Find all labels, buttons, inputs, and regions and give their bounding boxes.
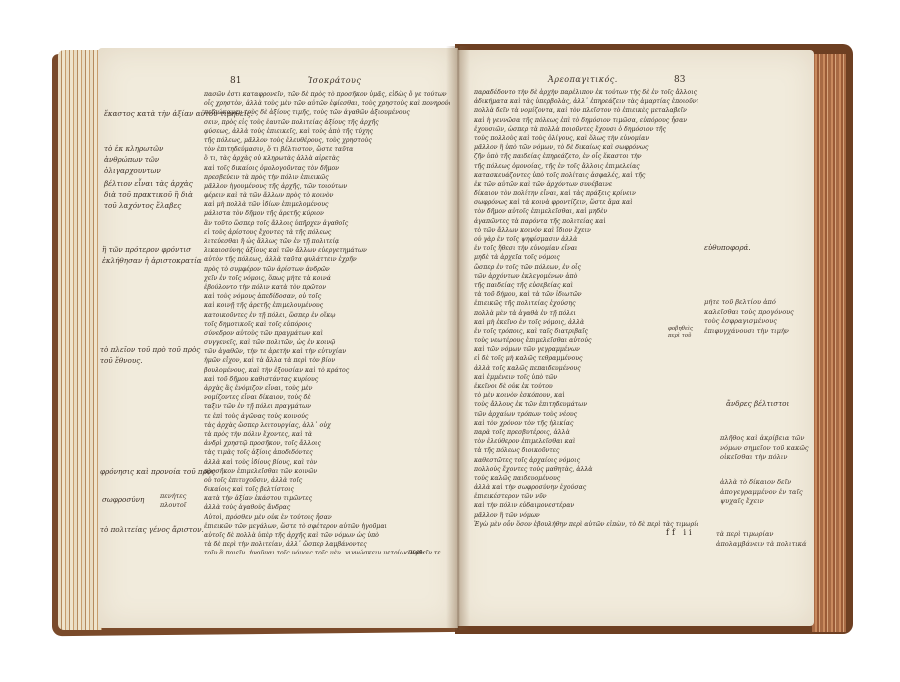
text-line: καὶ τὴν πόλιν εὐδαιμονεστέραν: [474, 501, 698, 510]
text-line: καθεστῶτες τοῖς ἀρχαίοις νόμοις: [474, 456, 698, 465]
book-gutter: [446, 46, 470, 630]
right-folio-number: 83: [674, 75, 685, 85]
text-line: καὶ τοῖς δικαίοις ὁμολογοῦντας τὸν δῆμον: [204, 164, 450, 173]
text-line: ἀλλὰ καὶ τοὺς ἰδίους βίους, καὶ τὸν: [204, 458, 450, 467]
text-line: τὸ τῶν ἄλλων κοινὸν καὶ ἴδιον ἔχειν: [474, 226, 698, 235]
text-line: πρεσβεύειν τὰ πρὸς τὴν πόλιν ἐπιεικῶς: [204, 173, 450, 182]
text-line: τὰς ἀρχὰς ὥσπερ λειτουργίας, ἀλλ᾽ οὐχ: [204, 421, 450, 430]
text-line: ἐπιεικῶς τῆς πολιτείας ἐχούσης: [474, 299, 698, 308]
text-line: τοῖς δημοτικοῖς καὶ τοῖς εὐπόροις: [204, 320, 450, 329]
text-line: ἀνδρὶ χρηστῷ προσῆκον, τοῖς ἄλλοις: [204, 439, 450, 448]
marginal-note: εὐθυποφορά.: [704, 242, 751, 253]
text-line: σύνεδρον αὐτοὺς τῶν πραγμάτων καὶ: [204, 329, 450, 338]
left-page: 81 Ἰσοκράτους πασῶν ἐστι καταφρονεῖν, τῶ…: [98, 48, 458, 628]
text-line: παρὰ τοῖς πρεσβυτέροις, ἀλλὰ: [474, 428, 698, 437]
marginal-note: ἀλλὰ τὸ δίκαιον δεῖν ἀπογεγραμμένον ἐν τ…: [720, 478, 810, 507]
text-line: τοὺς καλῶς παιδευομένους: [474, 474, 698, 483]
text-line: κατοικοῦντες ἐν τῇ πόλει, ὥσπερ ἐν οἴκῳ: [204, 311, 450, 320]
text-line: οἷς χρηστὸν, ἀλλὰ τοὺς μὲν τῶν αὐτῶν ἐφί…: [204, 99, 450, 108]
left-text-block: πασῶν ἐστι καταφρονεῖν, τῶν δὲ πρὸς τὸ π…: [204, 90, 450, 554]
text-line: συγγενεῖς, καὶ τῶν πολιτῶν, ὡς ἐν κοινῷ: [204, 338, 450, 347]
left-running-head: Ἰσοκράτους: [308, 76, 361, 85]
text-line: ἐκ τῶν αὐτῶν καὶ τῶν ἀρχόντων συνέβαινε: [474, 180, 698, 189]
text-line: ἐκεῖνοι δὲ οὐκ ἐκ τούτου: [474, 382, 698, 391]
text-line: τὸν ἐπιτηδεύμασιν, ὅ τι βέλτιστον, ὥστε …: [204, 145, 450, 154]
text-line: προσῆκον ἐπιμελεῖσθαι τῶν κοινῶν: [204, 467, 450, 476]
text-line: σωφρόνως καὶ τὰ κοινὰ φροντίζειν, ὥστε ἅ…: [474, 198, 698, 207]
text-line: καὶ τὸν χρόνον τὸν τῆς ἡλικίας: [474, 419, 698, 428]
text-line: ταξιν τῶν ἐν τῇ πόλει πραγμάτων: [204, 402, 450, 411]
text-line: τε ἐπὶ τοὺς ἀγῶνας τοὺς κοινούς: [204, 412, 450, 421]
text-line: ἐπιεικῶν τῶν μεγάλων, ὥστε τὸ σφέτερον α…: [204, 522, 450, 531]
right-text-block: παραδέδοντο τὴν δὲ ἀρχὴν παρέλιπον ἐκ το…: [474, 88, 698, 534]
text-line: ἀγαπῶντες τὰ παρόντα τῆς πολιτείας καὶ: [474, 217, 698, 226]
text-line: μηδὲ τὰ ἀρχεῖα τοῖς νόμοις: [474, 253, 698, 262]
text-line: ἀλλὰ τοῖς καλῶς πεπαιδευμένους: [474, 364, 698, 373]
text-line: τῆς παιδείας τῆς εὐσεβείας καὶ: [474, 281, 698, 290]
text-line: κατασκευάζοντες ὑπὸ τοῖς πολίταις ἀσφαλέ…: [474, 171, 698, 180]
text-line: καὶ ἐμμένειν τοῖς ὑπὸ τῶν: [474, 373, 698, 382]
marginal-note: τὰ περὶ τιμωρίαν ἀπολαμβάνειν τὰ πολιτικ…: [716, 530, 812, 549]
text-line: εἰ δὲ τοῖς μὴ καλῶς τεθραμμένους: [474, 354, 698, 363]
left-folio-number: 81: [230, 76, 241, 86]
text-line: κατὰ τὴν ἀξίαν ἑκάστου τιμῶντες: [204, 494, 450, 503]
text-line: τῶν ἀγαθῶν, τὴν τε ἀρετὴν καὶ τὴν εὐτυχί…: [204, 347, 450, 356]
text-line: οὐ τοῖς ἐπιτυχοῦσιν, ἀλλὰ τοῖς: [204, 476, 450, 485]
text-line: πρὸς τὸ συμφέρον τῶν ἀρίστων ἀνδρῶν: [204, 265, 450, 274]
text-line: καὶ τοῦ δῆμου καθιστάντας κυρίους: [204, 375, 450, 384]
text-line: πολλὰ μὲν τὰ ἀγαθὰ ἐν τῇ πόλει: [474, 309, 698, 318]
text-line: ἀρχὰς ἃς ἐνόμιζον εἶναι, τοὺς μὲν: [204, 384, 450, 393]
marginal-note: ἢ τῶν πρότερον φρόντισ ἐκλήθησαν ἡ ἀριστ…: [102, 244, 202, 266]
text-line: ἀλλὰ καὶ τὴν σωφροσύνην ἐχούσας: [474, 483, 698, 492]
text-line: τοὺς πολλοὺς καὶ τοὺς ὀλίγους, καὶ ὅλως …: [474, 134, 698, 143]
text-line: λιτεύεσθαι ἢ ὡς ἄλλως τῶν ἐν τῇ πολιτείᾳ: [204, 237, 450, 246]
text-line: ἐπιεικέστερον τῶν νῦν: [474, 492, 698, 501]
text-line: καὶ τοὺς νόμους ἀπεδίδοσαν, οὐ τοῖς: [204, 292, 450, 301]
text-line: αὐτὸν τῆς πόλεως, ἀλλὰ ταῦτα φυλάττειν ἐ…: [204, 255, 450, 264]
text-line: αὐτοῖς δὲ πολλὰ ὑπὲρ τῆς ἀρχῆς καὶ τῶν ν…: [204, 531, 450, 540]
text-line: τὰς τιμὰς τοῖς ἀξίοις ἀποδιδόντες: [204, 448, 450, 457]
text-line: τὰ τοῦ δήμου, καὶ τὰ τῶν ἰδιωτῶν: [474, 290, 698, 299]
text-line: ἐβούλοντο τὴν πόλιν κατὰ τὸν πρῶτον: [204, 283, 450, 292]
text-line: τὸν ἐλεύθερον ἐπιμελεῖσθαι καὶ: [474, 437, 698, 446]
text-line: καὶ ἡ γεννῶσα τῆς πόλεως ἐπὶ τὸ δημόσιον…: [474, 116, 698, 125]
text-line: Αὐτοὶ, πρόσθεν μὲν οὐκ ἐν τούτοις ἦσαν: [204, 513, 450, 522]
text-line: ἐχουσιῶν, ὡσπερ τὰ πολλὰ ποιοῦντες ἔχουσ…: [474, 125, 698, 134]
text-line: τοὺς νεωτέρους ἐπιμελεῖσθαι αὐτούς: [474, 336, 698, 345]
text-line: ἂν τοῦτο ὥσπερ τοῖς ἄλλοις ὑπῆρχεν ἀγαθο…: [204, 219, 450, 228]
marginal-note: τὸ ἐκ κληρωτῶν ἀνθρώπων τῶν ὀλιγαρχουντω…: [104, 143, 200, 176]
text-line: πασῶν ἐστι καταφρονεῖν, τῶν δὲ πρὸς τὸ π…: [204, 90, 450, 99]
printer-signature-mark: ff ii: [666, 528, 695, 537]
text-line: ἀδικήματα καὶ τὰς ὑπερβολὰς, ἀλλ᾽ ἐπηρεά…: [474, 97, 698, 106]
text-line: Ἐγὼ μὲν οὖν ὅσον ἐβουλήθην περὶ αὐτῶν εἰ…: [474, 520, 698, 529]
text-line: ὃ τι, τὰς ἀρχὰς οὐ κληρωτὰς ἀλλὰ αἱρετὰς: [204, 154, 450, 163]
marginal-note: τὸ πολιτείας γένος ἄριστον.: [100, 524, 204, 535]
text-line: λικαιοσύνης ἀξίους καὶ τῶν ἄλλων εὐεργετ…: [204, 246, 450, 255]
text-line: ἐν τοῖς τρόποις, καὶ ταῖς διατριβαῖς: [474, 327, 698, 336]
text-line: βουλομένους, καὶ τὴν ἐξουσίαν καὶ τὸ κρά…: [204, 366, 450, 375]
page-edges-right: [812, 54, 846, 632]
text-line: ζῆν ὑπὸ τῆς παιδείας ἐπηρεάζετο, ἐν οἷς …: [474, 152, 698, 161]
marginal-note: πλῆθος καὶ ἀκρίβεια τῶν νόμων σημεῖον το…: [720, 434, 810, 463]
text-line: καὶ τῶν νόμων τῶν γεγραμμένων: [474, 345, 698, 354]
marginal-note: ἕκαστος κατὰ τὴν ἀξίαν αὐτοῦ τιμηθείς.: [104, 108, 253, 119]
text-line: ὥσπερ ἐν τοῖς τῶν πόλεων, ἐν οἷς: [474, 263, 698, 272]
marginal-note: φοβηθεὶς περὶ τοῦ: [668, 326, 704, 340]
text-line: μᾶλλον ἡγουμένους τῆς ἀρχῆς, τῶν τοιούτω…: [204, 182, 450, 191]
left-catchword: περι-: [408, 548, 424, 556]
marginal-note: βέλτιον εἶναι τὰς ἀρχὰς διὰ τοῦ πρακτικο…: [104, 178, 200, 211]
marginal-note: τὸ πλεῖον τοῦ πρὸ τοῦ πρὸς τοῦ ἔθνους.: [100, 344, 202, 366]
page-edges-left: [58, 50, 102, 630]
text-line: τοὺς ἄλλους ἐκ τῶν ἐπιτηδευμάτων: [474, 400, 698, 409]
text-line: τῆς πόλεως, μᾶλλον τοὺς ἐλευθέρους, τοὺς…: [204, 136, 450, 145]
text-line: τὰ τῆς πόλεως διοικοῦντες: [474, 446, 698, 455]
text-line: μᾶλλον ἢ ὑπὸ τῶν νόμων, τὸ δὲ δικαίως κα…: [474, 143, 698, 152]
marginal-note: φρόνησις καὶ προνοία τοῦ πρὸς: [100, 466, 215, 477]
text-line: νομίζοντες εἶναι δίκαιον, τοὺς δὲ: [204, 393, 450, 402]
text-line: οὐ γὰρ ἐν τοῖς ψηφίσμασιν ἀλλὰ: [474, 235, 698, 244]
text-line: καὶ μὴ ἐκεῖνο ἐν τοῖς νόμοις, ἀλλὰ: [474, 318, 698, 327]
text-line: καὶ κοινῇ τῆς ἀρετῆς ἐπιμελουμένους: [204, 301, 450, 310]
text-line: χεῖν ἐν τοῖς νόμοις, ὅπως μήτε τὰ κοινά: [204, 274, 450, 283]
text-line: δικαίοις καὶ τοῖς βελτίστοις: [204, 485, 450, 494]
text-line: πολλοὺς ἔχοντες τοὺς μαθητὰς, ἀλλὰ: [474, 465, 698, 474]
text-line: εἰ τοὺς ἀρίστους ἔχοντες τὰ τῆς πόλεως: [204, 228, 450, 237]
text-line: τὰ πρὸς τὴν πόλιν ἔχοντες, καὶ τὰ: [204, 430, 450, 439]
open-book: 81 Ἰσοκράτους πασῶν ἐστι καταφρονεῖν, τῶ…: [0, 0, 900, 682]
text-line: καὶ μὴ πολλὰ τῶν ἰδίων ἐπιμελομένους: [204, 200, 450, 209]
text-line: φύσεως, ἀλλὰ τοὺς ἐπιεικεῖς, καὶ τοὺς ἀπ…: [204, 127, 450, 136]
text-line: μᾶλλον ἢ τῶν νόμων: [474, 511, 698, 520]
text-line: τῆς πόλεως ὁμονοίας, τῆς ἐν τοῖς ἄλλοις …: [474, 162, 698, 171]
marginal-note: πενήτες πλουτοῖ: [160, 492, 202, 510]
marginal-note: σωφροσύνη: [102, 494, 144, 505]
text-line: παραδέδοντο τὴν δὲ ἀρχὴν παρέλιπον ἐκ το…: [474, 88, 698, 97]
text-line: τὸ μὲν κοινὸν ἐσκόπουν, καὶ: [474, 391, 698, 400]
text-line: μάλιστα τὸν δῆμον τῆς ἀρετῆς κύριον: [204, 209, 450, 218]
text-line: ἀλλὰ τοὺς ἀγαθοὺς ἄνδρας: [204, 503, 450, 512]
marginal-note: ἄνδρες βέλτιστοι: [726, 398, 789, 409]
right-page: Ἀρεοπαγιτικός. 83 παραδέδοντο τὴν δὲ ἀρχ…: [458, 50, 814, 626]
text-line: ἐν τοῖς ἤθεσι τὴν εὐνομίαν εἶναι: [474, 244, 698, 253]
text-line: τῶν ἀρχόντων ἐκλεγομένων ἀπὸ: [474, 272, 698, 281]
text-line: πολλὰ δεῖν τὰ νομίζοντα, καὶ τὸν πλεῖστο…: [474, 106, 698, 115]
text-line: τὸν δῆμον αὐτοῖς ἐπιμελεῖσθαι, καὶ μηδὲν: [474, 207, 698, 216]
text-line: φέρειν καὶ τὰ τῶν ἄλλων πρὸς τὸ κοινὸν: [204, 191, 450, 200]
text-line: δίκαιον τὸν πολίτην εἶναι, καὶ τὰς πράξε…: [474, 189, 698, 198]
text-line: ἡμῶν εἶχον, καὶ τὰ ἄλλα τὰ περὶ τὸν βίον: [204, 356, 450, 365]
right-running-head: Ἀρεοπαγιτικός.: [548, 75, 618, 84]
marginal-note: μήτε τοῦ βελτίου ἀπό καλεῖσθαι τοὺς προγ…: [704, 298, 808, 336]
text-line: τῶν ἀρχαίων τρόπων τοὺς νέους: [474, 410, 698, 419]
